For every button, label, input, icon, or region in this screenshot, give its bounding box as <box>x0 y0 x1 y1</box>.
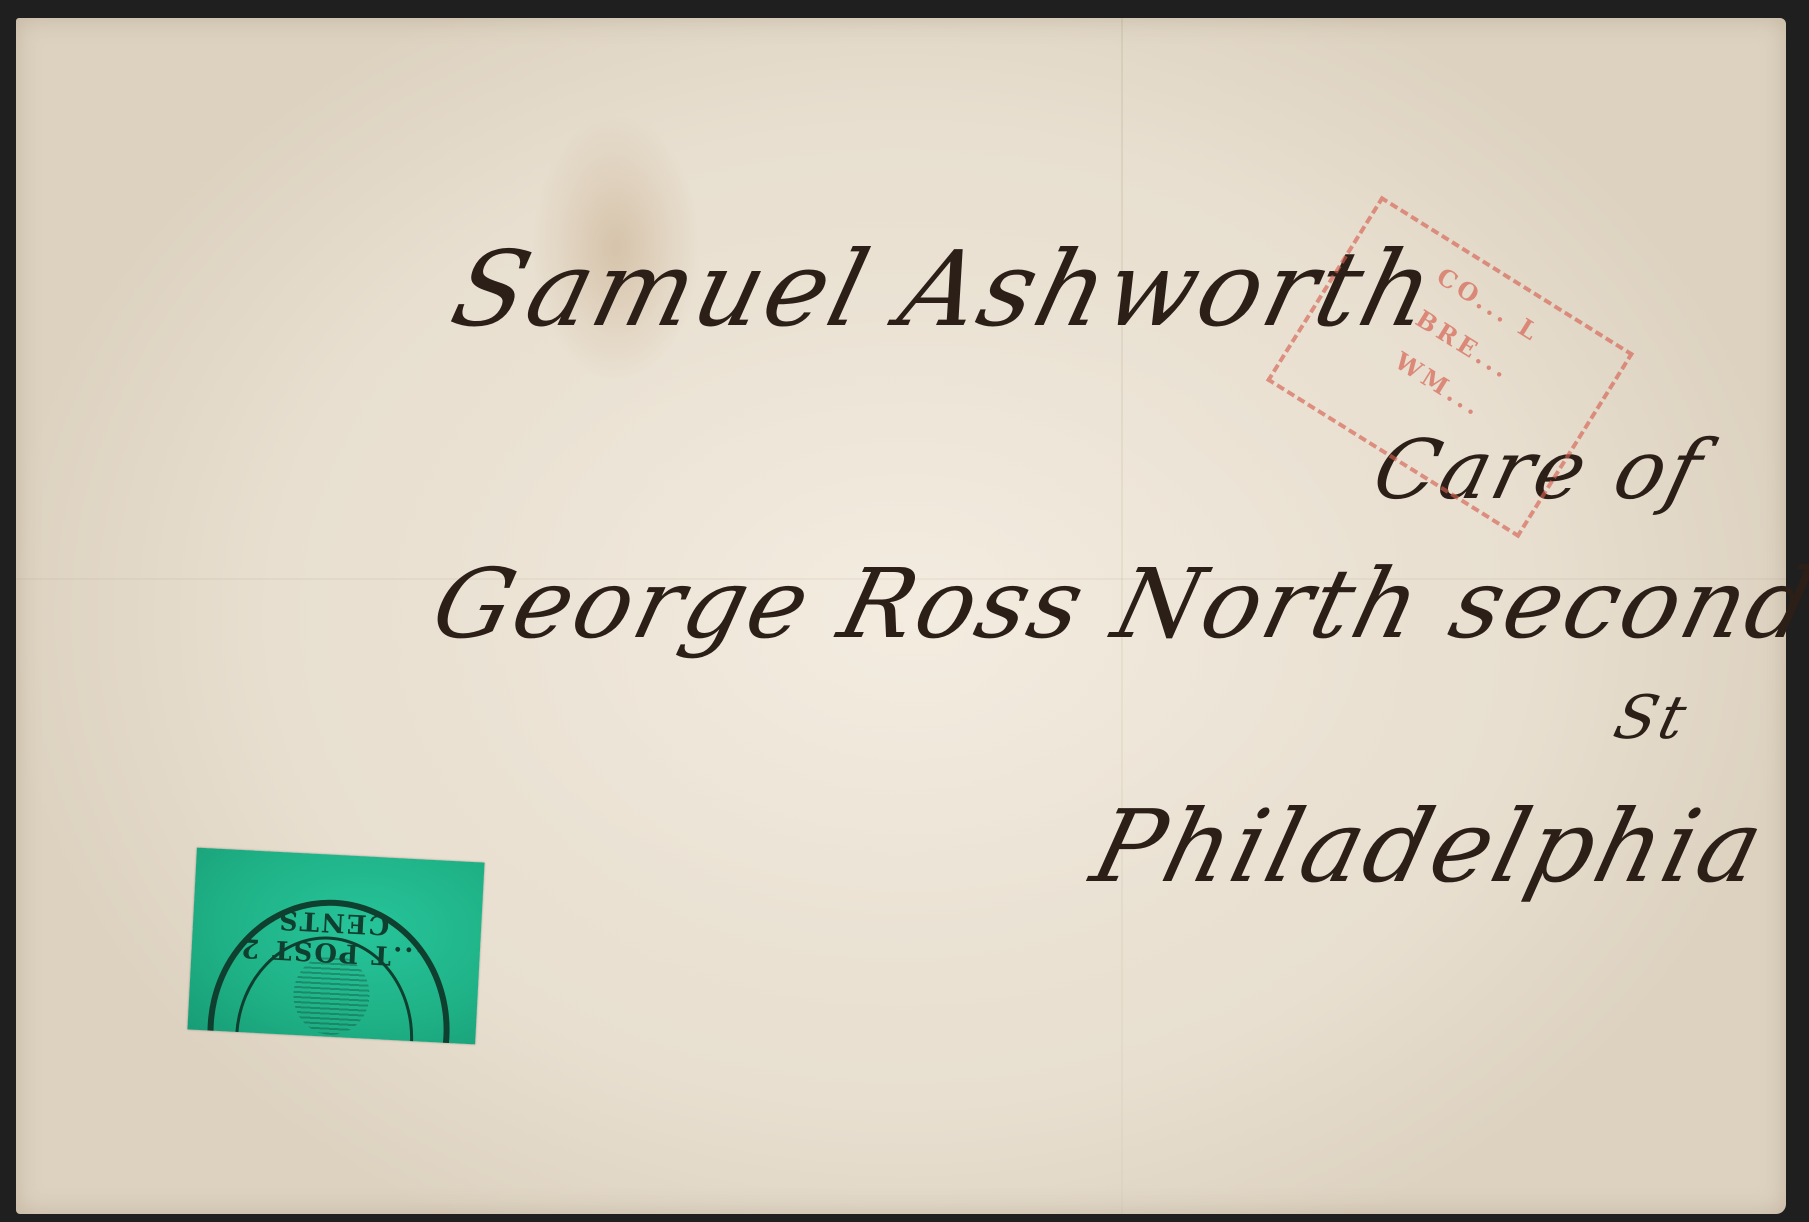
address-street: George Ross North second <box>422 548 1809 660</box>
stamp-inscription: ...T POST 2 CENTS <box>231 902 434 972</box>
address-city: Philadelphia <box>1081 788 1777 905</box>
local-post-stamp: ...T POST 2 CENTS <box>187 848 484 1045</box>
postal-cover: Samuel Ashworth Care of George Ross Nort… <box>16 18 1786 1214</box>
address-street-suffix: St <box>1607 683 1696 753</box>
